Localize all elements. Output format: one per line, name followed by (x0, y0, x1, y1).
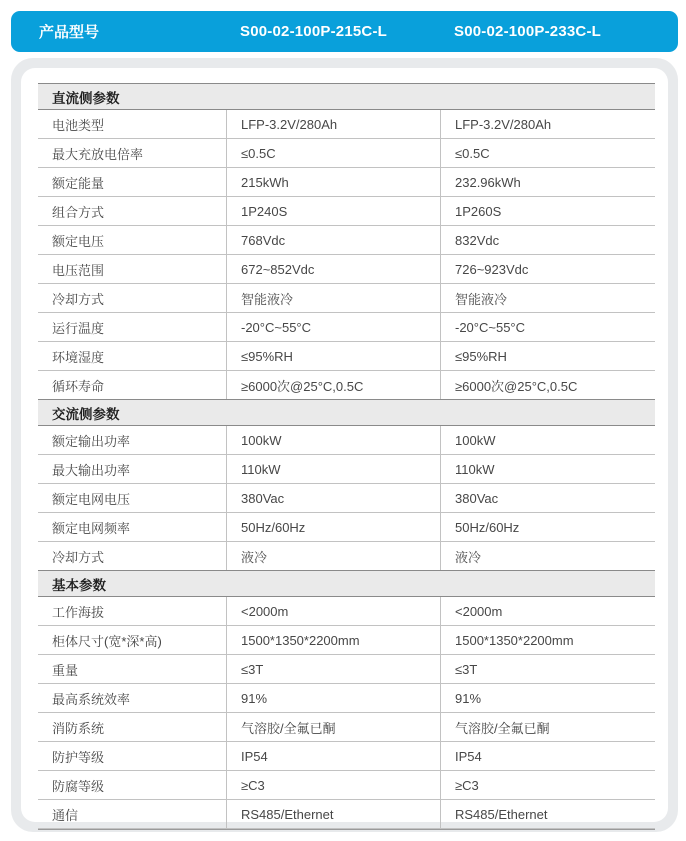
row-label: 最大充放电倍率 (38, 139, 226, 167)
product-model-1: S00-02-100P-215C-L (226, 23, 440, 40)
spec-table: 直流侧参数电池类型LFP-3.2V/280AhLFP-3.2V/280Ah最大充… (38, 83, 655, 830)
row-value-model-1: <2000m (226, 597, 440, 625)
product-model-2: S00-02-100P-233C-L (440, 23, 655, 40)
row-label: 冷却方式 (38, 284, 226, 312)
row-value-model-1: 215kWh (226, 168, 440, 196)
row-value-model-1: ≥6000次@25°C,0.5C (226, 371, 440, 399)
row-label: 消防系统 (38, 713, 226, 741)
row-label: 运行温度 (38, 313, 226, 341)
row-value-model-2: 1P260S (440, 197, 655, 225)
row-value-model-1: 液冷 (226, 542, 440, 570)
spec-card-frame: 直流侧参数电池类型LFP-3.2V/280AhLFP-3.2V/280Ah最大充… (11, 58, 678, 832)
row-value-model-2: 气溶胶/全氟已酮 (440, 713, 655, 741)
row-value-model-2: <2000m (440, 597, 655, 625)
table-row: 柜体尺寸(宽*深*高)1500*1350*2200mm1500*1350*220… (38, 626, 655, 655)
row-label: 组合方式 (38, 197, 226, 225)
spec-card: 直流侧参数电池类型LFP-3.2V/280AhLFP-3.2V/280Ah最大充… (21, 68, 668, 822)
row-label: 额定电网电压 (38, 484, 226, 512)
table-row: 重量≤3T≤3T (38, 655, 655, 684)
table-row: 防腐等级≥C3≥C3 (38, 771, 655, 800)
table-row: 环境湿度≤95%RH≤95%RH (38, 342, 655, 371)
product-model-header-bar: 产品型号 S00-02-100P-215C-L S00-02-100P-233C… (11, 11, 678, 52)
row-value-model-2: 110kW (440, 455, 655, 483)
table-row: 最大充放电倍率≤0.5C≤0.5C (38, 139, 655, 168)
row-value-model-1: 380Vac (226, 484, 440, 512)
table-row: 防护等级IP54IP54 (38, 742, 655, 771)
table-row: 通信RS485/EthernetRS485/Ethernet (38, 800, 655, 829)
row-label: 重量 (38, 655, 226, 683)
row-label: 工作海拔 (38, 597, 226, 625)
row-value-model-2: -20°C~55°C (440, 313, 655, 341)
row-label: 最高系统效率 (38, 684, 226, 712)
row-value-model-2: 液冷 (440, 542, 655, 570)
row-value-model-2: ≤0.5C (440, 139, 655, 167)
row-value-model-1: 768Vdc (226, 226, 440, 254)
row-value-model-1: LFP-3.2V/280Ah (226, 110, 440, 138)
row-value-model-1: ≤95%RH (226, 342, 440, 370)
row-value-model-2: ≥6000次@25°C,0.5C (440, 371, 655, 399)
row-label: 柜体尺寸(宽*深*高) (38, 626, 226, 654)
row-value-model-2: 232.96kWh (440, 168, 655, 196)
row-value-model-2: 91% (440, 684, 655, 712)
row-label: 最大输出功率 (38, 455, 226, 483)
row-value-model-1: 672~852Vdc (226, 255, 440, 283)
row-label: 循环寿命 (38, 371, 226, 399)
table-row: 电压范围672~852Vdc726~923Vdc (38, 255, 655, 284)
row-value-model-2: 1500*1350*2200mm (440, 626, 655, 654)
row-value-model-1: ≤3T (226, 655, 440, 683)
row-value-model-2: 智能液冷 (440, 284, 655, 312)
row-value-model-1: 气溶胶/全氟已酮 (226, 713, 440, 741)
table-row: 冷却方式液冷液冷 (38, 542, 655, 571)
table-row: 最高系统效率91%91% (38, 684, 655, 713)
row-value-model-2: RS485/Ethernet (440, 800, 655, 828)
table-row: 消防系统气溶胶/全氟已酮气溶胶/全氟已酮 (38, 713, 655, 742)
row-value-model-1: 1P240S (226, 197, 440, 225)
row-label: 额定电压 (38, 226, 226, 254)
row-value-model-1: -20°C~55°C (226, 313, 440, 341)
row-value-model-1: ≥C3 (226, 771, 440, 799)
table-row: 额定能量215kWh232.96kWh (38, 168, 655, 197)
row-value-model-1: ≤0.5C (226, 139, 440, 167)
row-value-model-1: 100kW (226, 426, 440, 454)
row-value-model-2: ≤95%RH (440, 342, 655, 370)
row-label: 防腐等级 (38, 771, 226, 799)
table-row: 电池类型LFP-3.2V/280AhLFP-3.2V/280Ah (38, 110, 655, 139)
row-value-model-1: 50Hz/60Hz (226, 513, 440, 541)
row-label: 电池类型 (38, 110, 226, 138)
row-value-model-1: 智能液冷 (226, 284, 440, 312)
row-value-model-2: 380Vac (440, 484, 655, 512)
row-value-model-1: IP54 (226, 742, 440, 770)
row-value-model-1: 91% (226, 684, 440, 712)
row-value-model-2: ≤3T (440, 655, 655, 683)
row-value-model-2: LFP-3.2V/280Ah (440, 110, 655, 138)
row-value-model-2: 832Vdc (440, 226, 655, 254)
row-label: 电压范围 (38, 255, 226, 283)
row-label: 通信 (38, 800, 226, 828)
section-header: 基本参数 (38, 570, 655, 597)
row-label: 额定能量 (38, 168, 226, 196)
row-value-model-2: 50Hz/60Hz (440, 513, 655, 541)
row-value-model-2: ≥C3 (440, 771, 655, 799)
row-value-model-1: 110kW (226, 455, 440, 483)
table-row: 循环寿命≥6000次@25°C,0.5C≥6000次@25°C,0.5C (38, 371, 655, 400)
row-value-model-1: RS485/Ethernet (226, 800, 440, 828)
row-label: 冷却方式 (38, 542, 226, 570)
product-model-title: 产品型号 (39, 21, 226, 42)
table-row: 额定电网电压380Vac380Vac (38, 484, 655, 513)
row-label: 防护等级 (38, 742, 226, 770)
table-row: 最大输出功率110kW110kW (38, 455, 655, 484)
row-label: 额定电网频率 (38, 513, 226, 541)
table-row: 额定输出功率100kW100kW (38, 426, 655, 455)
row-value-model-2: IP54 (440, 742, 655, 770)
row-label: 环境湿度 (38, 342, 226, 370)
row-value-model-2: 100kW (440, 426, 655, 454)
table-row: 额定电网频率50Hz/60Hz50Hz/60Hz (38, 513, 655, 542)
row-label: 额定输出功率 (38, 426, 226, 454)
table-row: 冷却方式智能液冷智能液冷 (38, 284, 655, 313)
table-row: 组合方式1P240S1P260S (38, 197, 655, 226)
table-row: 运行温度-20°C~55°C-20°C~55°C (38, 313, 655, 342)
section-header: 交流侧参数 (38, 399, 655, 426)
table-row: 工作海拔<2000m<2000m (38, 597, 655, 626)
row-value-model-1: 1500*1350*2200mm (226, 626, 440, 654)
row-value-model-2: 726~923Vdc (440, 255, 655, 283)
table-row: 额定电压768Vdc832Vdc (38, 226, 655, 255)
section-header: 直流侧参数 (38, 83, 655, 110)
